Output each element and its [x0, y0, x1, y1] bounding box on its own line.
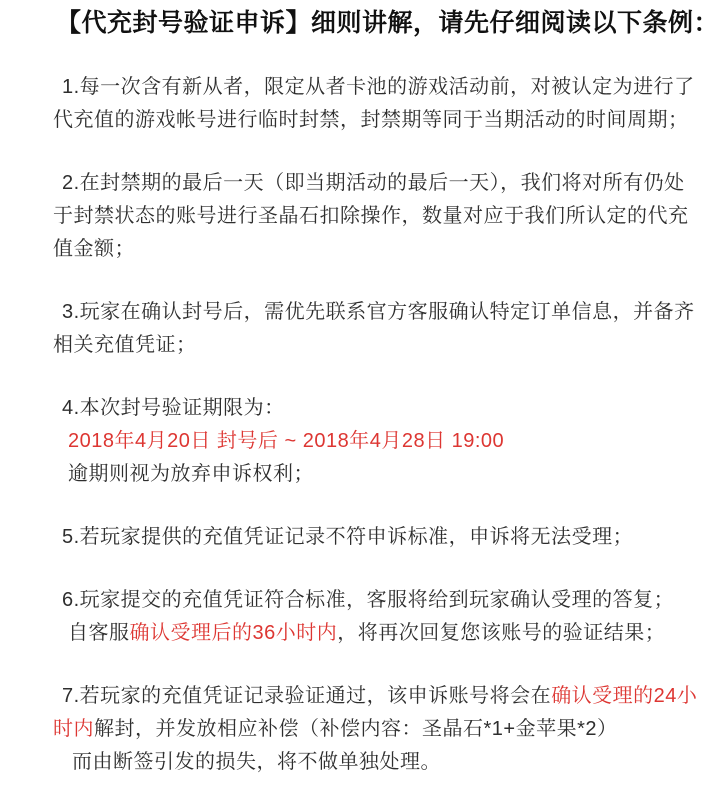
text-segment: 5.若玩家提供的充值凭证记录不符申诉标准，申诉将无法受理； [62, 526, 633, 548]
text-segment: 4.本次封号验证期限为： [62, 397, 285, 419]
rule-line: 时内解封，并发放相应补偿（补偿内容：圣晶石*1+金苹果*2） [53, 713, 677, 746]
text-segment: 1.每一次含有新从者，限定从者卡池的游戏活动前，对被认定为进行了 [62, 76, 695, 98]
rule-item-5: 5.若玩家提供的充值凭证记录不符申诉标准，申诉将无法受理； [53, 521, 677, 554]
highlight-segment: 确认受理后的36小时内 [130, 622, 338, 644]
rule-line: 6.玩家提交的充值凭证符合标准，客服将给到玩家确认受理的答复； [53, 584, 677, 617]
text-segment: 7.若玩家的充值凭证记录验证通过，该申诉账号将会在 [62, 685, 551, 707]
rule-line: 逾期则视为放弃申诉权利； [53, 458, 677, 491]
text-segment: 解封，并发放相应补偿（补偿内容：圣晶石*1+金苹果*2） [94, 718, 618, 740]
rule-item-2: 2.在封禁期的最后一天（即当期活动的最后一天），我们将对所有仍处 于封禁状态的账… [53, 167, 677, 266]
text-segment: ，将再次回复您该账号的验证结果； [337, 622, 665, 644]
text-segment: 于封禁状态的账号进行圣晶石扣除操作，数量对应于我们所认定的代充 [53, 205, 689, 227]
rule-line: 5.若玩家提供的充值凭证记录不符申诉标准，申诉将无法受理； [53, 521, 677, 554]
rule-item-7: 7.若玩家的充值凭证记录验证通过，该申诉账号将会在确认受理的24小 时内解封，并… [53, 680, 677, 779]
highlight-segment: 确认受理的24小 [551, 685, 697, 707]
rule-line: 4.本次封号验证期限为： [53, 392, 677, 425]
text-segment: 值金额； [53, 238, 135, 260]
text-segment: 逾期则视为放弃申诉权利； [68, 463, 314, 485]
text-segment: 2.在封禁期的最后一天（即当期活动的最后一天），我们将对所有仍处 [62, 172, 685, 194]
rule-line: 1.每一次含有新从者，限定从者卡池的游戏活动前，对被认定为进行了 [53, 71, 677, 104]
rule-line: 相关充值凭证； [53, 329, 677, 362]
text-segment: 自客服 [68, 622, 130, 644]
rule-line: 而由断签引发的损失，将不做单独处理。 [53, 746, 677, 779]
rule-item-6: 6.玩家提交的充值凭证符合标准，客服将给到玩家确认受理的答复； 自客服确认受理后… [53, 584, 677, 650]
page-title: 【代充封号验证申诉】细则讲解，请先仔细阅读以下条例： [53, 5, 677, 42]
highlight-segment: 时内 [53, 718, 94, 740]
rule-line: 于封禁状态的账号进行圣晶石扣除操作，数量对应于我们所认定的代充 [53, 200, 677, 233]
deadline-highlight-segment: 2018年4月20日 封号后 ~ 2018年4月28日 19:00 [68, 430, 504, 452]
rule-line: 值金额； [53, 233, 677, 266]
rule-line: 代充值的游戏帐号进行临时封禁，封禁期等同于当期活动的时间周期； [53, 104, 677, 137]
appeal-rules-document: 【代充封号验证申诉】细则讲解，请先仔细阅读以下条例： 1.每一次含有新从者，限定… [0, 0, 717, 779]
text-segment: 代充值的游戏帐号进行临时封禁，封禁期等同于当期活动的时间周期； [53, 109, 689, 131]
rule-item-1: 1.每一次含有新从者，限定从者卡池的游戏活动前，对被认定为进行了 代充值的游戏帐… [53, 71, 677, 137]
rule-line: 自客服确认受理后的36小时内，将再次回复您该账号的验证结果； [53, 617, 677, 650]
rule-line: 3.玩家在确认封号后，需优先联系官方客服确认特定订单信息，并备齐 [53, 296, 677, 329]
text-segment: 3.玩家在确认封号后，需优先联系官方客服确认特定订单信息，并备齐 [62, 301, 695, 323]
rule-line-deadline: 2018年4月20日 封号后 ~ 2018年4月28日 19:00 [53, 425, 677, 458]
rule-item-4: 4.本次封号验证期限为： 2018年4月20日 封号后 ~ 2018年4月28日… [53, 392, 677, 491]
text-segment: 相关充值凭证； [53, 334, 197, 356]
rule-line: 2.在封禁期的最后一天（即当期活动的最后一天），我们将对所有仍处 [53, 167, 677, 200]
text-segment: 而由断签引发的损失，将不做单独处理。 [72, 751, 441, 773]
text-segment: 6.玩家提交的充值凭证符合标准，客服将给到玩家确认受理的答复； [62, 589, 674, 611]
rule-item-3: 3.玩家在确认封号后，需优先联系官方客服确认特定订单信息，并备齐 相关充值凭证； [53, 296, 677, 362]
rule-line: 7.若玩家的充值凭证记录验证通过，该申诉账号将会在确认受理的24小 [53, 680, 677, 713]
